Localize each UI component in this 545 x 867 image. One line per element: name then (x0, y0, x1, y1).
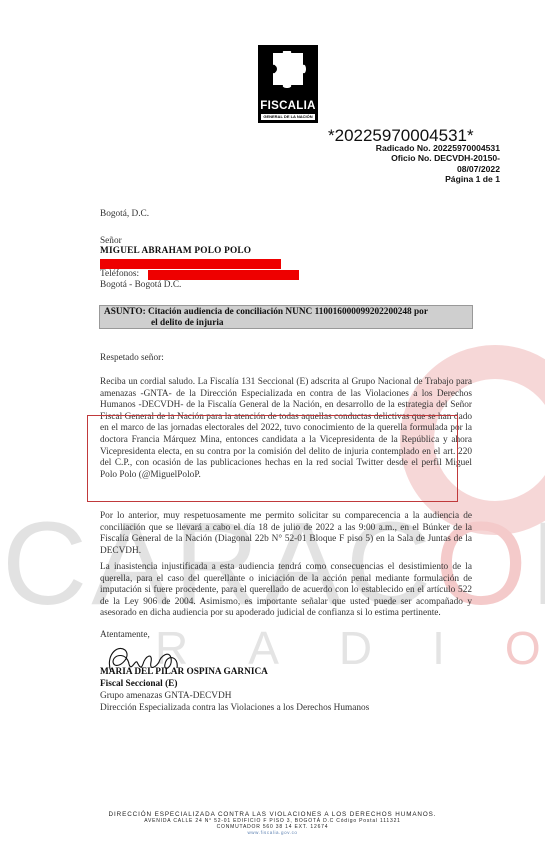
fiscalia-logo: FISCALIA GENERAL DE LA NACIÓN (258, 45, 318, 123)
subject-line1: Citación audiencia de conciliación NUNC … (148, 307, 428, 317)
puzzle-icon (269, 51, 307, 93)
subject-line2: el delito de injuria (104, 318, 468, 329)
phones-label: Teléfonos: (100, 269, 139, 281)
footer-website[interactable]: www.fiscalia.gov.co (0, 830, 545, 835)
radicado-number: Radicado No. 20225970004531 (376, 143, 500, 153)
signer-direction: Dirección Especializada contra las Viola… (100, 703, 369, 715)
redacted-phones (148, 270, 299, 280)
signer-title: Fiscal Seccional (E) (100, 679, 177, 691)
farewell: Atentamente, (100, 630, 150, 642)
city-line: Bogotá, D.C. (100, 209, 149, 221)
subject-label: ASUNTO: (104, 307, 146, 317)
recipient-name: MIGUEL ABRAHAM POLO POLO (100, 246, 251, 258)
logo-name: FISCALIA (258, 100, 318, 112)
redacted-address (100, 259, 281, 269)
signer-group: Grupo amenazas GNTA-DECVDH (100, 691, 231, 703)
recipient-location: Bogotá - Bogotá D.C. (100, 280, 181, 292)
page-number: Página 1 de 1 (376, 174, 500, 184)
highlight-box (87, 415, 458, 502)
paragraph-2: Por lo anterior, muy respetuosamente me … (100, 511, 472, 557)
logo-subtitle: GENERAL DE LA NACIÓN (261, 114, 315, 120)
subject-box: ASUNTO: Citación audiencia de conciliaci… (99, 305, 473, 329)
watermark-radio: RADIO (155, 625, 545, 671)
document-metadata: Radicado No. 20225970004531 Oficio No. D… (376, 143, 500, 184)
oficio-number: Oficio No. DECVDH-20150- (376, 153, 500, 163)
greeting: Respetado señor: (100, 353, 164, 365)
footer-direction: DIRECCIÓN ESPECIALIZADA CONTRA LAS VIOLA… (0, 811, 545, 818)
signer-name: MARIA DEL PILAR OSPINA GARNICA (100, 667, 268, 679)
paragraph-3: La inasistencia injustificada a esta aud… (100, 562, 472, 620)
oficio-date: 08/07/2022 (376, 164, 500, 174)
